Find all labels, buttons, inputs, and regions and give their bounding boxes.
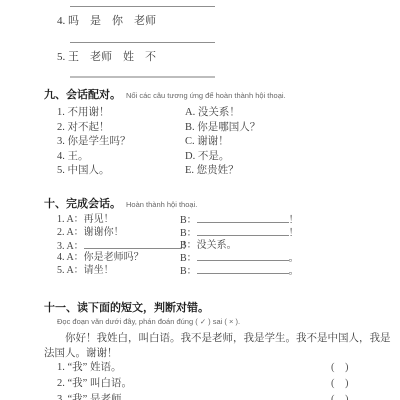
section-11-subtitle-vietnamese: Đọc đoạn văn dưới đây, phán đoán đúng ( … (57, 317, 240, 326)
section-9-subtitle-vietnamese: Nối các câu tương ứng để hoàn thành hội … (126, 91, 286, 100)
match-row: 2. 对不起！ B. 你是哪国人？ (0, 121, 400, 136)
matching-exercise: 1. 不用谢！ A. 没关系！ 2. 对不起！ B. 你是哪国人？ 3. 你是学… (0, 106, 400, 179)
answer-line (70, 76, 215, 78)
scramble-item-5: 5. 王 老师 姓 不 (57, 51, 156, 63)
section-10-subtitle-vietnamese: Hoàn thành hội thoại. (126, 200, 197, 209)
section-9-title: 九、会话配对。 (44, 89, 121, 101)
dialogue-b: B：。 (180, 252, 299, 266)
answer-line (70, 42, 215, 43)
dialogue-b-label: B： (180, 228, 197, 239)
section-9-heading: 九、会话配对。Nối các câu tương ứng để hoàn thà… (44, 89, 286, 102)
reading-passage: 你好！我姓白，叫白语。我不是老师，我是学生。我不是中国人，我是法国人。谢谢！ (44, 331, 396, 361)
dialogue-b-punct: ！ (289, 215, 299, 226)
scramble-item-4: 4. 吗 是 你 老师 (57, 15, 156, 27)
judgement-statement: 1. “我” 姓语。 (57, 360, 121, 376)
match-row: 5. 中国人。 E. 您贵姓？ (0, 164, 400, 179)
section-10-heading: 十、完成会话。Hoàn thành hội thoại. (44, 198, 197, 211)
match-right-item: A. 没关系！ (185, 106, 240, 121)
match-left-item: 2. 对不起！ (57, 121, 110, 136)
judgement-row: 2. “我” 叫白语。 ( ) (0, 376, 400, 392)
dialogue-a: 4. A：你是老师吗？ (57, 252, 144, 265)
dialogue-exercise: 1. A：再见！ B：！ 2. A：谢谢你！ B：！ 3. A：！ B：没关系。… (0, 214, 400, 278)
match-right-item: B. 你是哪国人？ (185, 121, 260, 136)
answer-parentheses: ( ) (331, 360, 349, 376)
match-right-item: C. 谢谢！ (185, 135, 229, 150)
answer-parentheses: ( ) (331, 392, 349, 400)
dialogue-row: 1. A：再见！ B：！ (0, 214, 400, 227)
match-left-item: 4. 王。 (57, 150, 89, 165)
match-right-item: E. 您贵姓？ (185, 164, 239, 179)
match-left-item: 1. 不用谢！ (57, 106, 110, 121)
answer-blank (197, 227, 289, 236)
dialogue-b-label: B： (180, 253, 197, 264)
dialogue-row: 5. A：请坐！ B：。 (0, 265, 400, 278)
dialogue-b-punct: 。 (289, 266, 299, 277)
section-11-heading: 十一、读下面的短文，判断对错。 (44, 302, 209, 314)
dialogue-b-punct: 。 (289, 253, 299, 264)
judgement-statement: 3. “我” 是老师。 (57, 392, 132, 400)
match-right-item: D. 不是。 (185, 150, 229, 165)
answer-blank (197, 214, 289, 223)
match-row: 1. 不用谢！ A. 没关系！ (0, 106, 400, 121)
match-left-item: 3. 你是学生吗？ (57, 135, 131, 150)
dialogue-b-label: B： (180, 266, 197, 277)
answer-blank (197, 252, 289, 261)
answer-parentheses: ( ) (331, 376, 349, 392)
dialogue-a-label: 3. A： (57, 241, 84, 252)
dialogue-row: 3. A：！ B：没关系。 (0, 240, 400, 253)
judgement-row: 1. “我” 姓语。 ( ) (0, 360, 400, 376)
section-11-title: 十一、读下面的短文，判断对错。 (44, 302, 209, 314)
dialogue-row: 2. A：谢谢你！ B：！ (0, 227, 400, 240)
dialogue-a: 1. A：再见！ (57, 214, 114, 227)
dialogue-b-label: B： (180, 215, 197, 226)
section-10-title: 十、完成会话。 (44, 198, 121, 210)
judgement-exercise: 1. “我” 姓语。 ( ) 2. “我” 叫白语。 ( ) 3. “我” 是老… (0, 360, 400, 400)
judgement-statement: 2. “我” 叫白语。 (57, 376, 132, 392)
dialogue-b-punct: ！ (289, 228, 299, 239)
answer-blank (197, 265, 289, 274)
dialogue-b: B：！ (180, 214, 299, 228)
answer-blank (84, 240, 182, 249)
match-left-item: 5. 中国人。 (57, 164, 110, 179)
dialogue-b: B：没关系。 (180, 240, 237, 253)
dialogue-a: 2. A：谢谢你！ (57, 227, 124, 240)
match-row: 3. 你是学生吗？ C. 谢谢！ (0, 135, 400, 150)
dialogue-b: B：！ (180, 227, 299, 241)
match-row: 4. 王。 D. 不是。 (0, 150, 400, 165)
answer-line (70, 6, 215, 7)
worksheet-page: 4. 吗 是 你 老师 5. 王 老师 姓 不 九、会话配对。Nối các c… (0, 0, 400, 400)
dialogue-row: 4. A：你是老师吗？ B：。 (0, 252, 400, 265)
judgement-row: 3. “我” 是老师。 ( ) (0, 392, 400, 400)
dialogue-b: B：。 (180, 265, 299, 279)
dialogue-a: 5. A：请坐！ (57, 265, 114, 278)
